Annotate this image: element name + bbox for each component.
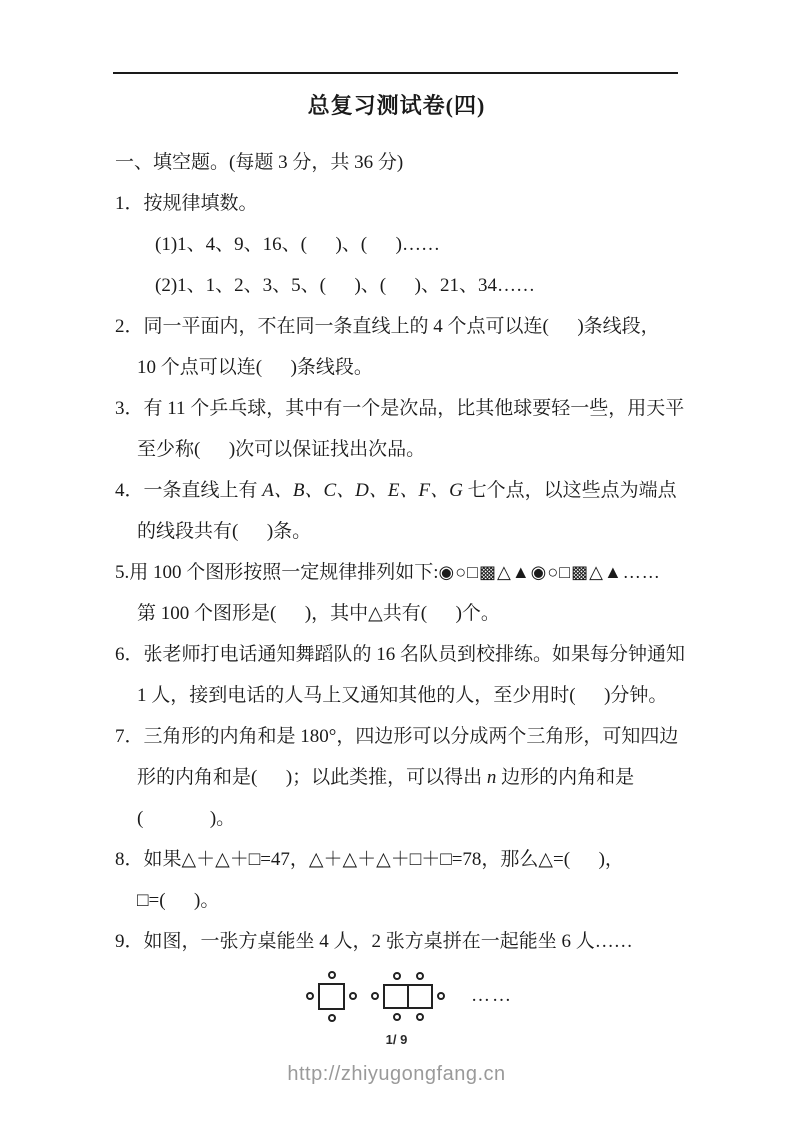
shape-pattern-sequence: ◉○□▩△▲◉○□▩△▲…… <box>439 562 661 582</box>
chair-icon <box>349 992 357 1000</box>
chair-icon <box>416 972 424 980</box>
chair-icon <box>328 971 336 979</box>
watermark-url: http://zhiyugongfang.cn <box>0 1063 793 1086</box>
question-2-line-2: 10 个点可以连( )条线段。 <box>0 347 793 388</box>
header-divider <box>113 72 678 74</box>
question-6-line-1: 6．张老师打电话通知舞蹈队的 16 名队员到校排练。如果每分钟通知 <box>0 634 793 675</box>
page-number: 1/ 9 <box>0 1032 793 1047</box>
question-5-line-1-pre: 5.用 100 个图形按照一定规律排列如下: <box>115 562 439 583</box>
table-join-line <box>407 986 409 1007</box>
chair-icon <box>393 972 401 980</box>
question-7-line-3: ( )。 <box>0 798 793 839</box>
question-4-line-2: 的线段共有( )条。 <box>0 511 793 552</box>
chair-icon <box>371 992 379 1000</box>
page-title: 总复习测试卷(四) <box>0 90 793 122</box>
question-7-line-2: 形的内角和是( )；以此类推，可以得出 n 边形的内角和是 <box>0 757 793 798</box>
question-7-n-variable: n <box>487 767 497 788</box>
question-7-line-2-post: 边形的内角和是 <box>496 767 634 788</box>
question-8-line-2: □=( )。 <box>0 880 793 921</box>
question-5-line-2: 第 100 个图形是( )，其中△共有( )个。 <box>0 593 793 634</box>
chair-icon <box>416 1013 424 1021</box>
chair-icon <box>437 992 445 1000</box>
test-paper-page: 总复习测试卷(四) 一、填空题。(每题 3 分，共 36 分) 1．按规律填数。… <box>0 0 793 1122</box>
paper-body: 一、填空题。(每题 3 分，共 36 分) 1．按规律填数。 (1)1、4、9、… <box>0 142 793 962</box>
chair-icon <box>328 1014 336 1022</box>
question-4-point-letters: A、B、C、D、E、F、G <box>262 480 463 501</box>
figure-continuation-dots: …… <box>471 985 513 1007</box>
question-6-line-2: 1 人，接到电话的人马上又通知其他的人，至少用时( )分钟。 <box>0 675 793 716</box>
question-1-sub-2: (2)1、1、2、3、5、( )、( )、21、34…… <box>0 265 793 306</box>
question-1-sub-1: (1)1、4、9、16、( )、( )…… <box>0 224 793 265</box>
question-9-line-1: 9．如图，一张方桌能坐 4 人，2 张方桌拼在一起能坐 6 人…… <box>0 921 793 962</box>
section-1-heading: 一、填空题。(每题 3 分，共 36 分) <box>0 142 793 183</box>
question-4-line-1-pre: 4．一条直线上有 <box>115 480 262 501</box>
question-3-line-1: 3．有 11 个乒乓球，其中有一个是次品，比其他球要轻一些，用天平 <box>0 388 793 429</box>
chair-icon <box>306 992 314 1000</box>
single-table-diagram <box>318 983 345 1010</box>
question-3-line-2: 至少称( )次可以保证找出次品。 <box>0 429 793 470</box>
double-table-diagram <box>383 984 433 1009</box>
question-1-line-1: 1．按规律填数。 <box>0 183 793 224</box>
question-7-line-2-pre: 形的内角和是( )；以此类推，可以得出 <box>137 767 487 788</box>
question-4-line-1-post: 七个点，以这些点为端点 <box>463 480 677 501</box>
table-seating-figure: …… <box>318 968 793 1024</box>
question-8-line-1: 8．如果△＋△＋□=47，△＋△＋△＋□＋□=78，那么△=( )， <box>0 839 793 880</box>
question-4-line-1: 4．一条直线上有 A、B、C、D、E、F、G 七个点，以这些点为端点 <box>0 470 793 511</box>
question-7-line-1: 7．三角形的内角和是 180°，四边形可以分成两个三角形，可知四边 <box>0 716 793 757</box>
chair-icon <box>393 1013 401 1021</box>
question-5-line-1: 5.用 100 个图形按照一定规律排列如下:◉○□▩△▲◉○□▩△▲…… <box>0 552 793 593</box>
question-2-line-1: 2．同一平面内，不在同一条直线上的 4 个点可以连( )条线段， <box>0 306 793 347</box>
